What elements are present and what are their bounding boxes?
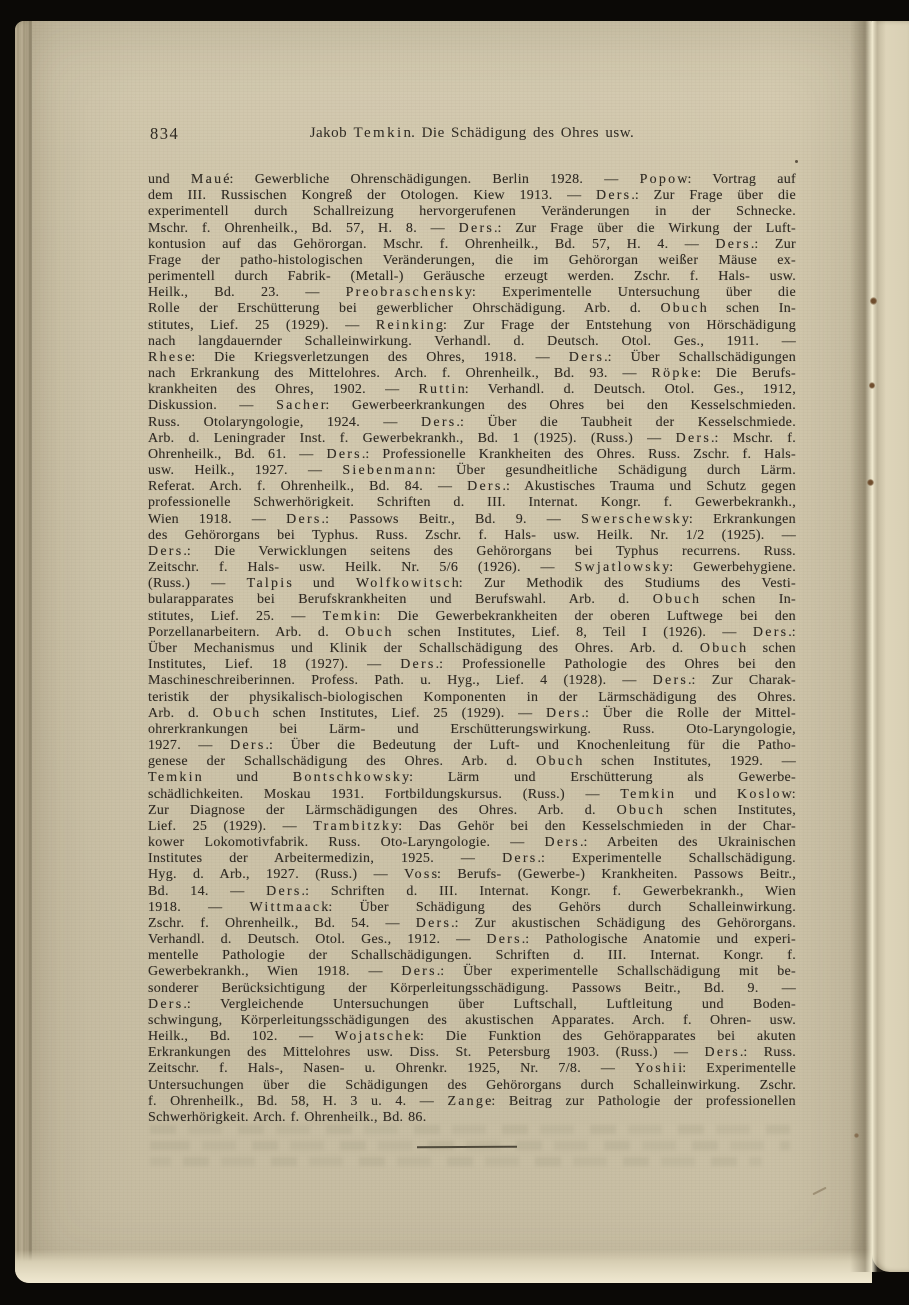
author-name: Trambitzky (313, 819, 400, 834)
author-name: Ders. (676, 431, 717, 446)
page-edge-bottom (15, 1250, 872, 1283)
book-gutter-crease (850, 21, 886, 1272)
text-run: stitutes, Lief. 25 (1929). — (148, 318, 376, 333)
text-run: : Professionelle Krankheiten des Ohres. … (365, 447, 796, 462)
author-name: Koslow (737, 787, 794, 802)
text-line: (Russ.) — Talpis und Wolfkowitsch: Zur M… (148, 576, 796, 592)
running-header-row: 834 Jakob Temkin. Die Schädigung des Ohr… (148, 124, 796, 146)
text-run: : Über gesundheitliche Schädigung durch … (432, 463, 796, 478)
text-line: und Maué: Gewerbliche Ohrenschädigungen.… (148, 172, 796, 188)
author-name: Wittmaack (250, 900, 331, 915)
text-line: bularapparates bei Berufskrankheiten und… (148, 592, 796, 608)
text-line: Institutes, Lief. 18 (1927). — Ders.: Pr… (148, 657, 796, 673)
text-line: Heilk., Bd. 23. — Preobraschensky: Exper… (148, 285, 796, 301)
author-name: Ders. (400, 657, 441, 672)
author-name: Yoshii (635, 1061, 684, 1076)
text-line: schädlichkeiten. Moskau 1931. Fortbildun… (148, 787, 796, 803)
text-run: usw. Heilk., 1927. — (148, 463, 342, 478)
paper-stain (870, 297, 877, 305)
text-run: : Lärm und Erschütterung als Gewerbe- (409, 770, 796, 785)
text-run: : Die Gewerbekrankheiten der oberen Luft… (376, 609, 796, 624)
text-run: : Über Schallschädigungen (608, 350, 796, 365)
text-run: genese der Schallschädigung des Ohres. A… (148, 754, 536, 769)
author-name: Ders. (704, 1045, 745, 1060)
author-name: Ders. (545, 835, 586, 850)
text-run: kontusion auf das Gehörorgan. Mschr. f. … (148, 237, 715, 252)
text-run: : Akustisches Trauma und Schutz gegen (506, 479, 796, 494)
text-run: Schwerhörigkeit. Arch. f. Ohrenheilk., B… (148, 1110, 427, 1125)
text-run: Untersuchungen über die Schädigungen des… (148, 1078, 796, 1093)
text-line: Zur Diagnose der Lärmschädigungen des Oh… (148, 803, 796, 819)
text-line: Schwerhörigkeit. Arch. f. Ohrenheilk., B… (148, 1110, 796, 1126)
author-name: Ders. (326, 447, 367, 462)
text-run: 1918. — (148, 900, 250, 915)
author-name: Siebenmann (342, 463, 434, 478)
text-run: professionelle Schwerhörigkeit. Schrifte… (148, 495, 796, 510)
text-run: Erkrankungen des Mittelohres usw. Diss. … (148, 1045, 704, 1060)
text-line: 1927. — Ders.: Über die Bedeutung der Lu… (148, 738, 796, 754)
text-run: : Mschr. f. (715, 431, 796, 446)
author-name: Wojatschek (335, 1029, 422, 1044)
text-run: schen In- (707, 301, 796, 316)
text-run: : Gewerbeerkrankungen des Ohres bei den … (325, 398, 796, 413)
text-run: schen (746, 641, 796, 656)
text-line: teristik der physikalisch-biologischen K… (148, 690, 796, 706)
text-run: 1927. — (148, 738, 230, 753)
author-name: Wolfkowitsch (356, 576, 461, 591)
text-run: bularapparates bei Berufskrankheiten und… (148, 592, 653, 607)
text-line: schwingung, Körperleitungsschädigungen d… (148, 1013, 796, 1029)
text-line: ohrerkrankungen bei Lärm- und Erschütter… (148, 722, 796, 738)
author-name: Ders. (416, 916, 457, 931)
text-line: Rolle der Erschütterung bei gewerblicher… (148, 301, 796, 317)
text-run: f. Ohrenheilk., Bd. 58, H. 3 u. 4. — (148, 1094, 447, 1109)
text-run: nach Erkrankung des Mittelohres. Arch. f… (148, 366, 652, 381)
text-run: : Experimentelle Schallschädigung. (541, 851, 796, 866)
text-line: f. Ohrenheilk., Bd. 58, H. 3 u. 4. — Zan… (148, 1094, 796, 1110)
text-line: Verhandl. d. Deutsch. Otol. Ges., 1912. … (148, 932, 796, 948)
text-run: Frage der patho-histologischen Veränderu… (148, 253, 796, 268)
text-line: professionelle Schwerhörigkeit. Schrifte… (148, 495, 796, 511)
text-run: perimentell durch Fabrik- (Metall-) Gerä… (148, 269, 796, 284)
author-name: Bontschkowsky (293, 770, 412, 785)
text-run: : Zur Methodik des Studiums des Vesti- (459, 576, 796, 591)
show-through-text (150, 1141, 790, 1150)
text-run: Arb. d. Leningrader Inst. f. Gewerbekran… (148, 431, 676, 446)
text-run: Diskussion. — (148, 398, 276, 413)
text-run: : Die Berufs- (697, 366, 796, 381)
author-name: Ruttin (418, 382, 466, 397)
author-name: Zange (447, 1094, 493, 1109)
text-run: schen In- (699, 592, 796, 607)
show-through-text (150, 1157, 762, 1166)
text-run: : Beitrag zur Pathologie der professione… (491, 1094, 796, 1109)
author-name: Temkin (620, 787, 676, 802)
author-name: Swerschewsky (581, 512, 691, 527)
text-run: : (792, 787, 796, 802)
text-run: schen Institutes, (663, 803, 796, 818)
text-run: Institutes, Lief. 18 (1927). — (148, 657, 400, 672)
author-name: Maué (191, 172, 232, 187)
text-run: : Über Schädigung des Gehörs durch Schal… (328, 900, 796, 915)
text-run: Jakob (310, 125, 354, 141)
text-line: Ders.: Vergleichende Untersuchungen über… (148, 997, 796, 1013)
author-name: Obuch (345, 625, 394, 640)
text-run: Arb. d. (148, 706, 213, 721)
text-line: sonderer Berücksichtigung der Körperleit… (148, 981, 796, 997)
text-run: Über Mechanismus und Klinik der Schallsc… (148, 641, 700, 656)
text-run: Porzellanarbeitern. Arb. d. (148, 625, 345, 640)
text-line: Hyg. d. Arb., 1927. (Russ.) — Voss: Beru… (148, 867, 796, 883)
text-run: : Erkrankungen (689, 512, 796, 527)
author-name: Sacher (276, 398, 328, 413)
text-run: : Zur Charak- (692, 673, 796, 688)
author-name: Ders. (467, 479, 508, 494)
paper-stain (867, 479, 874, 486)
text-run: : Über die Bedeutung der Luft- und Knoch… (269, 738, 796, 753)
author-name: Ders. (401, 964, 442, 979)
author-name: Ders. (596, 188, 637, 203)
text-run: ohrerkrankungen bei Lärm- und Erschütter… (148, 722, 796, 737)
text-run: schen Institutes, Lief. 25 (1929). — (259, 706, 546, 721)
text-line: stitutes, Lief. 25. — Temkin: Die Gewerb… (148, 609, 796, 625)
text-line: dem III. Russischen Kongreß der Otologen… (148, 188, 796, 204)
author-name: Ders. (715, 237, 756, 252)
text-line: Zeitschr. f. Hals- usw. Heilk. Nr. 5/6 (… (148, 560, 796, 576)
text-run: Heilk., Bd. 23. — (148, 285, 346, 300)
text-run: : Professionelle Pathologie des Ohres be… (439, 657, 796, 672)
text-run: teristik der physikalisch-biologischen K… (148, 690, 796, 705)
text-run: Heilk., Bd. 102. — (148, 1029, 335, 1044)
author-name: Obuch (660, 301, 709, 316)
text-run: : Zur akustischen Schädigung des Gehöror… (455, 916, 796, 931)
author-name: Ders. (148, 544, 189, 559)
text-run: sonderer Berücksichtigung der Körperleit… (148, 981, 796, 996)
text-run: : Die Verwicklungen seitens des Gehörorg… (187, 544, 796, 559)
text-run: Zeitschr. f. Hals- usw. Heilk. Nr. 5/6 (… (148, 560, 575, 575)
text-line: nach Erkrankung des Mittelohres. Arch. f… (148, 366, 796, 382)
text-run: Verhandl. d. Deutsch. Otol. Ges., 1912. … (148, 932, 486, 947)
text-run: : Gewerbliche Ohrenschädigungen. Berlin … (230, 172, 640, 187)
text-line: kontusion auf das Gehörorgan. Mschr. f. … (148, 237, 796, 253)
text-run: schen Institutes, Lief. 8, Teil I (1926)… (392, 625, 753, 640)
text-run: und (292, 576, 356, 591)
text-line: Untersuchungen über die Schädigungen des… (148, 1078, 796, 1094)
author-name: Ders. (230, 738, 271, 753)
text-run: Ohrenheilk., Bd. 61. — (148, 447, 326, 462)
text-line: Maschineschreiberinnen. Profess. Path. u… (148, 673, 796, 689)
text-run: krankheiten des Ohres, 1902. — (148, 382, 418, 397)
text-run: . Die Schädigung des Ohres usw. (411, 125, 634, 141)
author-name: Voss (404, 867, 439, 882)
text-run: schädlichkeiten. Moskau 1931. Fortbildun… (148, 787, 620, 802)
text-run: : Zur Frage der Entstehung von Hörschädi… (443, 318, 796, 333)
text-run: Zeitschr. f. Hals-, Nasen- u. Ohrenkr. 1… (148, 1061, 635, 1076)
text-run: : Experimentelle (682, 1061, 796, 1076)
author-name: Ders. (753, 625, 794, 640)
text-run: Maschineschreiberinnen. Profess. Path. u… (148, 673, 653, 688)
text-run: (Russ.) — (148, 576, 247, 591)
text-line: Über Mechanismus und Klinik der Schallsc… (148, 641, 796, 657)
text-run: experimentell durch Schallreizung hervor… (148, 204, 796, 219)
text-run: : Gewerbehygiene. (669, 560, 796, 575)
bibliography-text: und Maué: Gewerbliche Ohrenschädigungen.… (148, 172, 796, 1126)
text-run: und (202, 770, 293, 785)
text-run: : Schriften d. III. Internat. Kongr. f. … (305, 884, 796, 899)
author-name: Röpke (652, 366, 700, 381)
text-run: : Passows Beitr., Bd. 9. — (325, 512, 581, 527)
text-run: stitutes, Lief. 25. — (148, 609, 323, 624)
author-name: Reinking (376, 318, 445, 333)
author-name: Obuch (617, 803, 666, 818)
text-run: : Über experimentelle Schallschädigung m… (440, 964, 796, 979)
text-run: : (792, 625, 796, 640)
text-run: : Die Funktion des Gehörapparates bei ak… (420, 1029, 796, 1044)
text-run: Mschr. f. Ohrenheilk., Bd. 57, H. 8. — (148, 221, 459, 236)
author-name: Talpis (247, 576, 294, 591)
text-line: Russ. Otolaryngologie, 1924. — Ders.: Üb… (148, 415, 796, 431)
text-line: Temkin und Bontschkowsky: Lärm und Ersch… (148, 770, 796, 786)
text-run: schwingung, Körperleitungsschädigungen d… (148, 1013, 796, 1028)
text-run: : Vortrag auf (687, 172, 796, 187)
text-line: Referat. Arch. f. Ohrenheilk., Bd. 84. —… (148, 479, 796, 495)
text-run: Referat. Arch. f. Ohrenheilk., Bd. 84. — (148, 479, 467, 494)
author-name: Ders. (421, 415, 462, 430)
author-name: Popow (640, 172, 690, 187)
running-header: Jakob Temkin. Die Schädigung des Ohres u… (148, 125, 796, 142)
author-name: Preobraschensky (346, 285, 474, 300)
author-name: Ders. (546, 706, 587, 721)
author-name: Ders. (148, 997, 189, 1012)
text-line: Zeitschr. f. Hals-, Nasen- u. Ohrenkr. 1… (148, 1061, 796, 1077)
text-line: perimentell durch Fabrik- (Metall-) Gerä… (148, 269, 796, 285)
text-line: Porzellanarbeitern. Arb. d. Obuch schen … (148, 625, 796, 641)
text-run: Zschr. f. Ohrenheilk., Bd. 54. — (148, 916, 416, 931)
author-name: Ders. (266, 884, 307, 899)
scanned-book-page: 834 Jakob Temkin. Die Schädigung des Ohr… (0, 0, 909, 1305)
text-run: Institutes der Arbeitermedizin, 1925. — (148, 851, 502, 866)
text-line: genese der Schallschädigung des Ohres. A… (148, 754, 796, 770)
text-run: : Zur (754, 237, 796, 252)
text-line: experimentell durch Schallreizung hervor… (148, 204, 796, 220)
text-run: kower Lokomotivfabrik. Russ. Oto-Laryngo… (148, 835, 545, 850)
text-line: Ders.: Die Verwicklungen seitens des Geh… (148, 544, 796, 560)
text-run: mentelle Pathologie der Schallschädigung… (148, 948, 796, 963)
text-run: : Über die Taubheit der Kesselschmiede. (460, 415, 796, 430)
paper-stain (869, 382, 875, 389)
text-run: : Zur Frage über die Wirkung der Luft- (498, 221, 796, 236)
text-run: : Vergleichende Untersuchungen über Luft… (187, 997, 796, 1012)
text-line: Mschr. f. Ohrenheilk., Bd. 57, H. 8. — D… (148, 221, 796, 237)
text-line: Bd. 14. — Ders.: Schriften d. III. Inter… (148, 884, 796, 900)
text-run: : Arbeiten des Ukrainischen (583, 835, 796, 850)
author-name: Ders. (653, 673, 694, 688)
author-name: Ders. (286, 512, 327, 527)
author-name: Ders. (486, 932, 527, 947)
text-run: : Berufs- (Gewerbe-) Krankheiten. Passow… (437, 867, 796, 882)
text-line: Arb. d. Leningrader Inst. f. Gewerbekran… (148, 431, 796, 447)
show-through-text (150, 1125, 790, 1134)
text-run: : Pathologische Anatomie und experi- (525, 932, 796, 947)
text-run: : Das Gehör bei den Kesselschmieden in d… (398, 819, 796, 834)
paper-speck (795, 160, 798, 163)
author-name: Obuch (213, 706, 262, 721)
author-name: Ders. (459, 221, 500, 236)
text-line: Erkrankungen des Mittelohres usw. Diss. … (148, 1045, 796, 1061)
text-run: Lief. 25 (1929). — (148, 819, 313, 834)
text-line: des Gehörorgans bei Typhus. Russ. Zschr.… (148, 528, 796, 544)
text-line: Arb. d. Obuch schen Institutes, Lief. 25… (148, 706, 796, 722)
author-name: Temkin (148, 770, 204, 785)
text-run: Wien 1918. — (148, 512, 286, 527)
author-name: Obuch (653, 592, 702, 607)
author-name: Ders. (569, 350, 610, 365)
author-name: Temkin (323, 609, 379, 624)
author-name: Obuch (700, 641, 749, 656)
text-run: Gewerbekrankh., Wien 1918. — (148, 964, 401, 979)
text-line: kower Lokomotivfabrik. Russ. Oto-Laryngo… (148, 835, 796, 851)
text-line: Diskussion. — Sacher: Gewerbeerkrankunge… (148, 398, 796, 414)
text-line: Gewerbekrankh., Wien 1918. — Ders.: Über… (148, 964, 796, 980)
text-line: Wien 1918. — Ders.: Passows Beitr., Bd. … (148, 512, 796, 528)
text-line: Frage der patho-histologischen Veränderu… (148, 253, 796, 269)
author-name: Ders. (502, 851, 543, 866)
text-line: Rhese: Die Kriegsverletzungen des Ohres,… (148, 350, 796, 366)
text-run: : Verhandl. d. Deutsch. Otol. Ges., 1912… (465, 382, 796, 397)
text-line: usw. Heilk., 1927. — Siebenmann: Über ge… (148, 463, 796, 479)
author-name: Obuch (536, 754, 585, 769)
text-run: Rolle der Erschütterung bei gewerblicher… (148, 301, 660, 316)
text-run: schen Institutes, 1929. — (582, 754, 796, 769)
text-line: Institutes der Arbeitermedizin, 1925. — … (148, 851, 796, 867)
text-run: Russ. Otolaryngologie, 1924. — (148, 415, 421, 430)
text-line: Heilk., Bd. 102. — Wojatschek: Die Funkt… (148, 1029, 796, 1045)
text-line: krankheiten des Ohres, 1902. — Ruttin: V… (148, 382, 796, 398)
text-run: dem III. Russischen Kongreß der Otologen… (148, 188, 596, 203)
text-run: : Zur Frage über die (635, 188, 796, 203)
page-edge-left (15, 21, 32, 1283)
text-run: und (148, 172, 191, 187)
text-line: Ohrenheilk., Bd. 61. — Ders.: Profession… (148, 447, 796, 463)
text-run: : Die Kriegsverletzungen des Ohres, 1918… (191, 350, 569, 365)
text-line: mentelle Pathologie der Schallschädigung… (148, 948, 796, 964)
text-line: nach langdauernder Schalleinwirkung. Ver… (148, 334, 796, 350)
text-run: Bd. 14. — (148, 884, 266, 899)
text-line: stitutes, Lief. 25 (1929). — Reinking: Z… (148, 318, 796, 334)
text-run: und (674, 787, 737, 802)
text-run: nach langdauernder Schalleinwirkung. Ver… (148, 334, 796, 349)
text-run: Zur Diagnose der Lärmschädigungen des Oh… (148, 803, 617, 818)
text-run: : Über die Rolle der Mittel- (585, 706, 796, 721)
text-line: 1918. — Wittmaack: Über Schädigung des G… (148, 900, 796, 916)
author-name: Temkin (353, 125, 413, 141)
text-line: Zschr. f. Ohrenheilk., Bd. 54. — Ders.: … (148, 916, 796, 932)
text-run: : Experimentelle Untersuchung über die (472, 285, 796, 300)
author-name: Swjatlowsky (575, 560, 672, 575)
text-run: : Russ. (743, 1045, 796, 1060)
text-line: Lief. 25 (1929). — Trambitzky: Das Gehör… (148, 819, 796, 835)
author-name: Rhese (148, 350, 193, 365)
paper-stain (854, 1133, 859, 1138)
text-run: des Gehörorgans bei Typhus. Russ. Zschr.… (148, 528, 796, 543)
text-run: Hyg. d. Arb., 1927. (Russ.) — (148, 867, 404, 882)
